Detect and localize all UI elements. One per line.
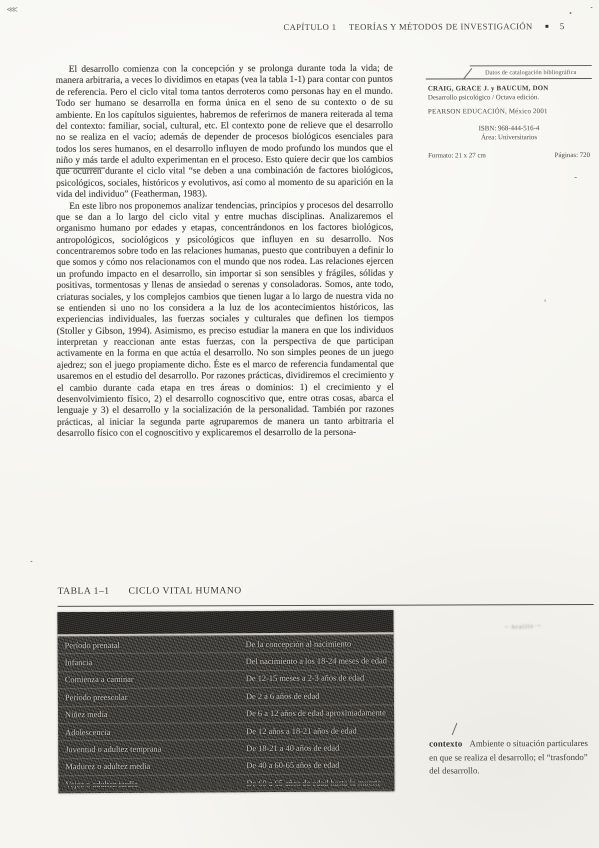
biblio-author: CRAIG, GRACE J. y BAUCUM, DON [428, 85, 590, 93]
table-row: Período prenatal De la concepción al nac… [58, 634, 394, 653]
table-row: Período preescolar De 2 a 6 años de edad [58, 686, 394, 705]
paragraph-2: En este libro nos proponemos analizar te… [56, 200, 394, 440]
stage-cell: Adolescencia [58, 727, 246, 737]
scan-speck [591, 7, 593, 8]
biblio-box-content: CRAIG, GRACE J. y BAUCUM, DON Desarrollo… [426, 79, 592, 160]
stage-cell: Madurez o adultez media [58, 762, 246, 772]
table-row: Niñez media De 6 a 12 años de edad aprox… [58, 704, 394, 723]
biblio-pages: Páginas: 720 [555, 152, 590, 159]
table-row: Madurez o adultez media De 40 a 60-65 añ… [58, 756, 394, 775]
table-heading: TABLA 1–1 CICLO VITAL HUMANO [58, 584, 594, 607]
age-cell: De 40 a 60-65 años de edad [246, 761, 394, 771]
margin-term: contexto [429, 738, 462, 748]
life-cycle-table: Período prenatal De la concepción al nac… [57, 610, 394, 793]
age-cell: Del nacimiento a los 18-24 meses de edad [246, 656, 394, 666]
biblio-area: Área: Universitarios [428, 133, 590, 143]
table-label: TABLA 1–1 [58, 586, 110, 597]
biblio-box-tab: Datos de catalogación bibliográfica [470, 65, 592, 78]
scan-tilt-wrapper: CAPÍTULO 1 TEORÍAS Y MÉTODOS DE INVESTIG… [0, 0, 599, 848]
stage-cell: Período prenatal [58, 640, 246, 650]
table-title: CICLO VITAL HUMANO [128, 585, 241, 596]
table-header-band-illegible [57, 610, 393, 636]
stage-cell: Infancia [58, 657, 246, 667]
body-text-column: El desarrollo comienza con la concepción… [56, 64, 394, 441]
age-cell: De 12 años a 18-21 años de edad [246, 726, 394, 736]
page-number: 5 [560, 21, 565, 31]
scan-line-artifact [56, 168, 105, 169]
chapter-label: CAPÍTULO 1 [283, 22, 336, 32]
scanned-book-page: CAPÍTULO 1 TEORÍAS Y MÉTODOS DE INVESTIG… [0, 0, 599, 848]
square-bullet-icon: ■ [545, 24, 549, 30]
stage-cell: Comienza a caminar [58, 675, 246, 685]
corner-mark: ⋘ [7, 5, 17, 14]
age-cell: De 18-21 a 40 años de edad [246, 743, 394, 753]
scan-speck [30, 561, 32, 562]
biblio-isbn-block: ISBN: 968-444-516-4 Área: Universitarios [428, 124, 590, 143]
bibliographic-data-box: Datos de catalogación bibliográfica CRAI… [426, 65, 592, 160]
stage-cell: Juventud o adultez temprana [58, 744, 246, 754]
table-row: Infancia Del nacimiento a los 18-24 mese… [58, 652, 394, 671]
age-cell: De 12-15 meses a 2-3 años de edad [246, 674, 394, 684]
age-cell: De 2 a 6 años de edad [246, 691, 394, 701]
age-cell: De 6 a 12 años de edad aproximadamente [246, 708, 394, 718]
biblio-format-row: Formato: 21 x 27 cm Páginas: 720 [428, 152, 590, 160]
table-row: Juventud o adultez temprana De 18-21 a 4… [58, 739, 394, 758]
biblio-work-title: Desarrollo psicológico / Octava edición. [428, 94, 590, 102]
biblio-box-rule: Datos de catalogación bibliográfica [426, 65, 592, 80]
scan-smudge: ~·braille·~ [505, 623, 553, 633]
tab-diagonal-edge [463, 68, 472, 80]
biblio-publisher: PEARSON EDUCACIÓN, México 2001 [428, 108, 590, 116]
running-head-title: TEORÍAS Y MÉTODOS DE INVESTIGACIÓN [349, 21, 533, 32]
pen-mark [452, 723, 458, 735]
biblio-tab-label: Datos de catalogación bibliográfica [485, 69, 576, 76]
scan-speck [574, 177, 577, 178]
stage-cell: Niñez media [58, 709, 246, 719]
table-row: Comienza a caminar De 12-15 meses a 2-3 … [58, 669, 394, 688]
paragraph-1: El desarrollo comienza con la concepción… [56, 64, 393, 202]
age-cell: De la concepción al nacimiento [246, 639, 394, 649]
table-row: Adolescencia De 12 años a 18-21 años de … [58, 721, 394, 740]
scan-speck [570, 12, 572, 14]
margin-definition-note: contextoAmbiente o situación particulare… [429, 737, 592, 778]
scan-speck [545, 299, 546, 302]
stage-cell: Período preescolar [58, 692, 246, 702]
biblio-format: Formato: 21 x 27 cm [428, 152, 486, 159]
running-head: CAPÍTULO 1 TEORÍAS Y MÉTODOS DE INVESTIG… [0, 21, 565, 33]
